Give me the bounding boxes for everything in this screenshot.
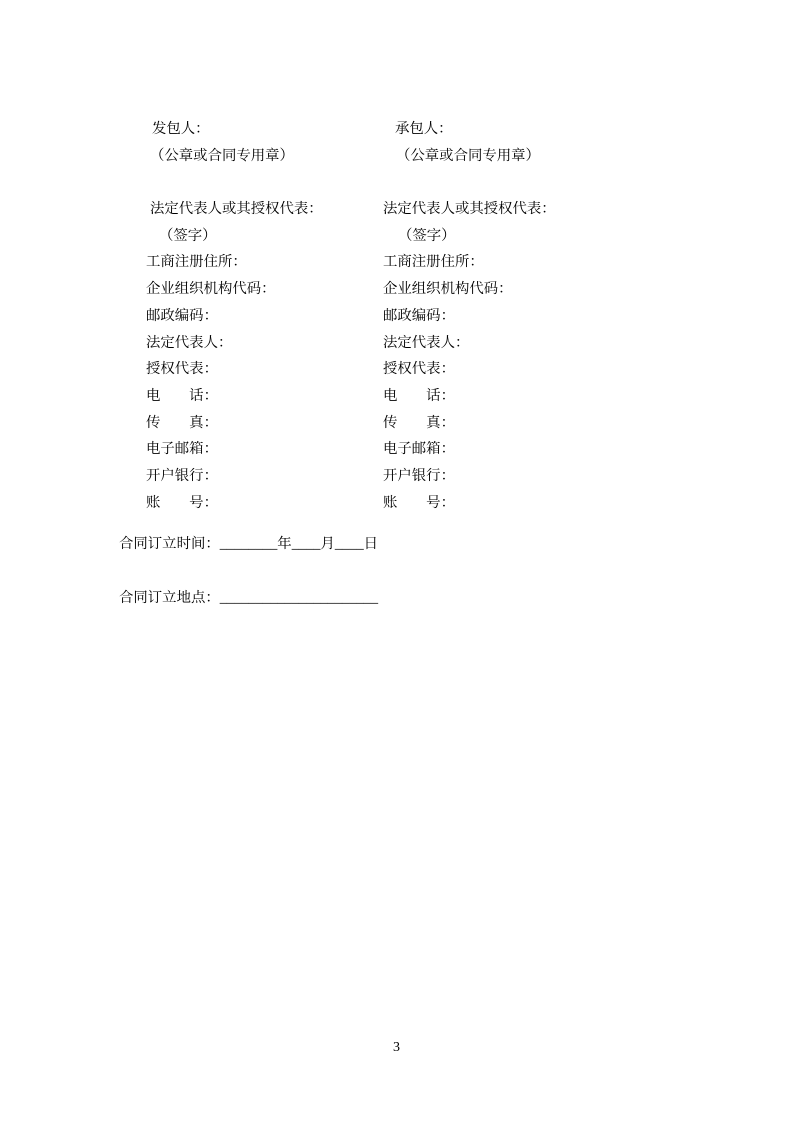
employer-field-authorized-rep: 授权代表： [146,356,323,383]
contractor-field-postal-code: 邮政编码： [383,303,556,330]
employer-field-bank: 开户银行： [146,463,323,490]
employer-party-label: 发包人： [146,116,323,143]
contractor-field-fax: 传 真： [383,410,556,437]
contractor-field-authorized-rep: 授权代表： [383,356,556,383]
contractor-field-email: 电子邮箱： [383,436,556,463]
contractor-signature-note: （签字） [383,223,556,250]
page-number: 3 [0,1038,793,1058]
employer-field-postal-code: 邮政编码： [146,303,323,330]
employer-field-telephone: 电 话： [146,383,323,410]
document-page: 发包人： （公章或合同专用章） 法定代表人或其授权代表： （签字） 工商注册住所… [0,0,793,1122]
employer-seal-note: （公章或合同专用章） [146,143,323,170]
contractor-legal-rep-label: 法定代表人或其授权代表： [383,196,556,223]
employer-block: 发包人： （公章或合同专用章） 法定代表人或其授权代表： （签字） 工商注册住所… [146,116,323,516]
contract-date-line: 合同订立时间：________年____月____日 [119,531,378,558]
contractor-field-telephone: 电 话： [383,383,556,410]
contractor-field-org-code: 企业组织机构代码： [383,276,556,303]
employer-field-legal-rep: 法定代表人： [146,330,323,357]
contractor-field-legal-rep: 法定代表人： [383,330,556,357]
contract-place-line: 合同订立地点：______________________ [119,585,378,612]
contractor-field-registered-address: 工商注册住所： [383,249,556,276]
contractor-field-bank: 开户银行： [383,463,556,490]
employer-field-fax: 传 真： [146,410,323,437]
employer-field-email: 电子邮箱： [146,436,323,463]
employer-field-account-number: 账 号： [146,490,323,517]
blank-line [146,169,323,196]
contractor-block: 承包人： （公章或合同专用章） 法定代表人或其授权代表： （签字） 工商注册住所… [383,116,556,516]
employer-field-registered-address: 工商注册住所： [146,249,323,276]
blank-line [383,169,556,196]
contractor-party-label: 承包人： [383,116,556,143]
employer-field-org-code: 企业组织机构代码： [146,276,323,303]
employer-legal-rep-label: 法定代表人或其授权代表： [146,196,323,223]
contractor-seal-note: （公章或合同专用章） [383,143,556,170]
contractor-field-account-number: 账 号： [383,490,556,517]
employer-signature-note: （签字） [146,223,323,250]
